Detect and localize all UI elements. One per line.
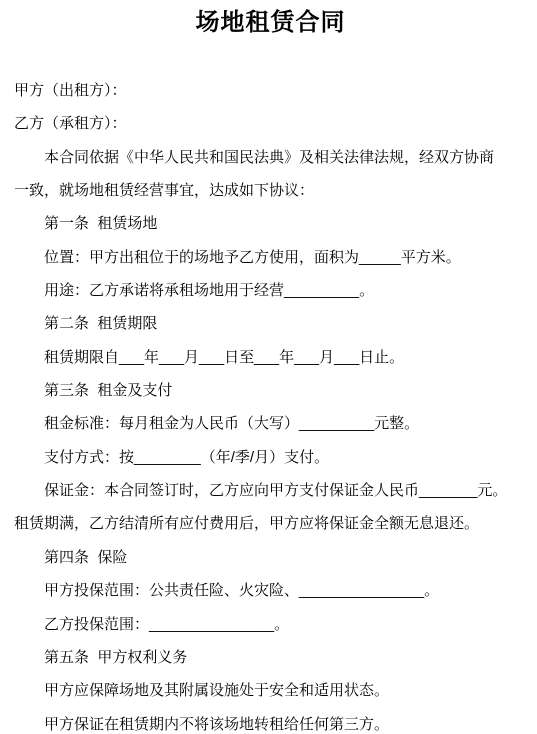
contract-document: 场地租赁合同 甲方（出租方）：乙方（承租方）：本合同依据《中华人民共和国民法典》…	[0, 0, 537, 734]
contract-line: 甲方应保障场地及其附属设施处于安全和适用状态。	[14, 674, 527, 707]
contract-line: 租赁期满，乙方结清所有应付费用后，甲方应将保证金全额无息退还。	[14, 507, 527, 540]
contract-line: 位置：甲方出租位于的场地予乙方使用，面积为_____平方米。	[14, 241, 527, 274]
contract-line: 甲方（出租方）：	[14, 74, 527, 107]
contract-line: 用途：乙方承诺将承租场地用于经营_________。	[14, 274, 527, 307]
contract-body: 甲方（出租方）：乙方（承租方）：本合同依据《中华人民共和国民法典》及相关法律法规…	[14, 74, 527, 734]
contract-line: 保证金：本合同签订时，乙方应向甲方支付保证金人民币_______元。	[14, 474, 527, 507]
contract-line: 支付方式：按________（年/季/月）支付。	[14, 441, 527, 474]
contract-line: 本合同依据《中华人民共和国民法典》及相关法律法规，经双方协商	[14, 141, 527, 174]
contract-line: 乙方（承租方）：	[14, 107, 527, 140]
contract-line: 第五条 甲方权利义务	[14, 641, 527, 674]
document-title: 场地租赁合同	[14, 8, 527, 38]
contract-line: 第三条 租金及支付	[14, 374, 527, 407]
contract-line: 一致，就场地租赁经营事宜，达成如下协议：	[14, 174, 527, 207]
contract-line: 第二条 租赁期限	[14, 307, 527, 340]
contract-line: 租金标准：每月租金为人民币（大写）_________元整。	[14, 407, 527, 440]
contract-line: 第四条 保险	[14, 541, 527, 574]
contract-line: 租赁期限自___年___月___日至___年___月___日止。	[14, 341, 527, 374]
contract-line: 甲方保证在租赁期内不将该场地转租给任何第三方。	[14, 708, 527, 734]
contract-line: 乙方投保范围：_______________。	[14, 608, 527, 641]
contract-line: 甲方投保范围：公共责任险、火灾险、_______________。	[14, 574, 527, 607]
contract-line: 第一条 租赁场地	[14, 207, 527, 240]
